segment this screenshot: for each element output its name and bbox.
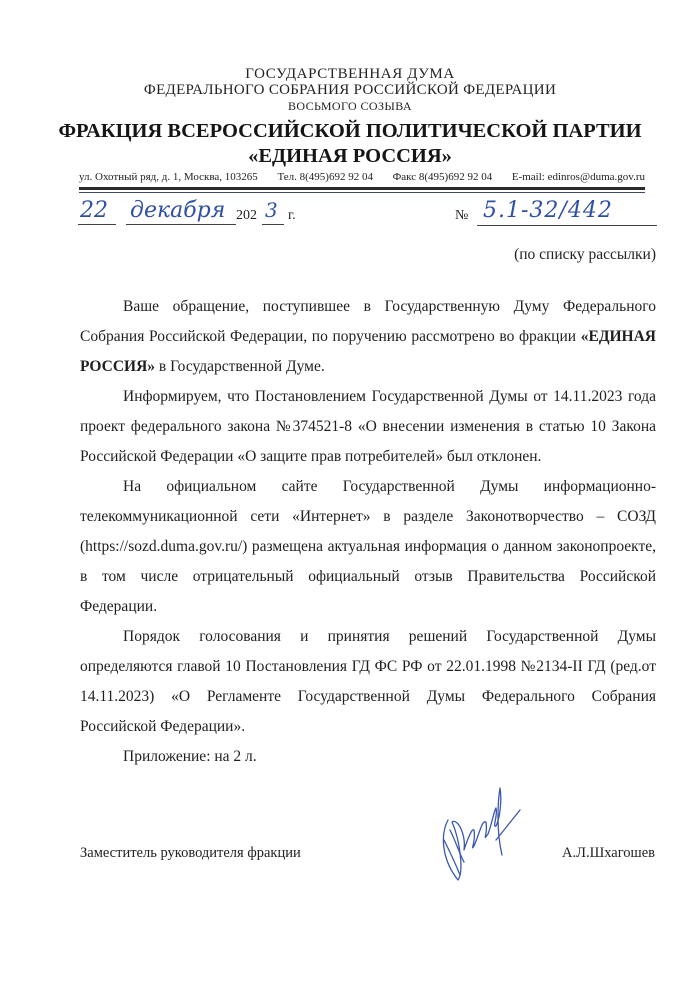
signatory-title: Заместитель руководителя фракции bbox=[80, 845, 301, 862]
paragraph-1-text: Ваше обращение, поступившее в Государств… bbox=[80, 298, 656, 345]
recipient: (по списку рассылки) bbox=[514, 246, 656, 264]
header-divider-thin bbox=[79, 192, 645, 193]
date-year-suffix: г. bbox=[288, 208, 296, 224]
postal-address: ул. Охотный ряд, д. 1, Москва, 103265 bbox=[79, 171, 258, 183]
reference-underline bbox=[477, 225, 657, 226]
date-month-underline bbox=[126, 224, 236, 225]
date-year-digit: 3 bbox=[265, 198, 278, 222]
paragraph-1: Ваше обращение, поступившее в Государств… bbox=[80, 292, 656, 382]
date-day-underline bbox=[78, 224, 116, 225]
paragraph-1-tail: в Государственной Думе. bbox=[155, 358, 325, 375]
reference-number: № 5.1-32/442 bbox=[455, 198, 655, 230]
letterhead-federal-assembly: ФЕДЕРАЛЬНОГО СОБРАНИЯ РОССИЙСКОЙ ФЕДЕРАЦ… bbox=[0, 82, 700, 99]
number-sign: № bbox=[455, 208, 468, 224]
letterhead-convocation: ВОСЬМОГО СОЗЫВА bbox=[0, 99, 700, 114]
attachment-note: Приложение: на 2 л. bbox=[80, 742, 656, 772]
paragraph-4: Порядок голосования и принятия решений Г… bbox=[80, 622, 656, 742]
date-year-underline bbox=[262, 224, 284, 225]
handwritten-signature bbox=[430, 780, 530, 885]
email-address: E-mail: edinros@duma.gov.ru bbox=[512, 171, 645, 183]
signatory-name: А.Л.Шхагошев bbox=[562, 845, 655, 862]
party-name: «ЕДИНАЯ РОССИЯ» bbox=[0, 145, 700, 168]
header-divider-thick bbox=[79, 187, 645, 190]
paragraph-3: На официальном сайте Государственной Дум… bbox=[80, 472, 656, 622]
date-year-prefix: 202 bbox=[236, 208, 257, 224]
letter-page: ГОСУДАРСТВЕННАЯ ДУМА ФЕДЕРАЛЬНОГО СОБРАН… bbox=[0, 0, 700, 990]
letter-date: 22 декабря 202 3 г. bbox=[78, 198, 318, 230]
faction-title: ФРАКЦИЯ ВСЕРОССИЙСКОЙ ПОЛИТИЧЕСКОЙ ПАРТИ… bbox=[0, 120, 700, 143]
reference-number-value: 5.1-32/442 bbox=[483, 198, 613, 223]
date-day: 22 bbox=[80, 198, 108, 223]
paragraph-2: Информируем, что Постановлением Государс… bbox=[80, 382, 656, 472]
phone-number: Тел. 8(495)692 92 04 bbox=[277, 171, 373, 183]
contact-line: ул. Охотный ряд, д. 1, Москва, 103265 Те… bbox=[79, 171, 645, 183]
date-month: декабря bbox=[130, 198, 225, 223]
letterhead-duma: ГОСУДАРСТВЕННАЯ ДУМА bbox=[0, 66, 700, 83]
letter-body: Ваше обращение, поступившее в Государств… bbox=[80, 292, 656, 772]
fax-number: Факс 8(495)692 92 04 bbox=[393, 171, 493, 183]
